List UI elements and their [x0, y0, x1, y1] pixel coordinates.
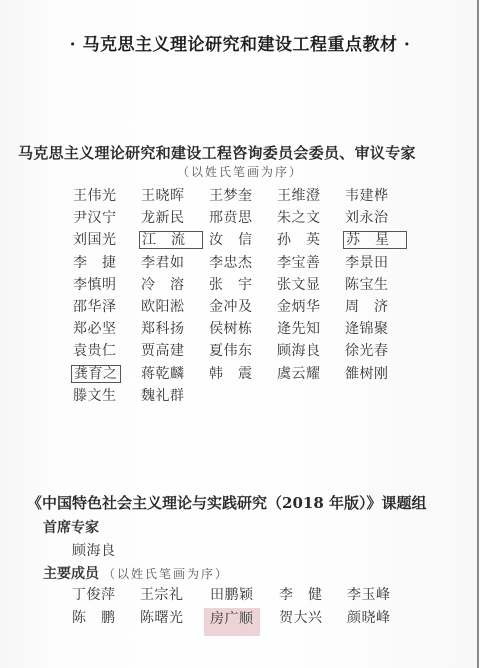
- research-member: 田鹏颖: [210, 585, 254, 606]
- chief-expert-label: 首席专家: [43, 517, 99, 537]
- page-edge-divider: [477, 0, 479, 668]
- committee-member: 周济: [343, 298, 405, 316]
- committee-member-list: 王伟光王晓晖王梦奎王维澄韦建桦尹汉宁龙新民邢贲思朱之文刘永治刘国光江流汝信孙英苏…: [73, 187, 413, 409]
- committee-member: 汝信: [207, 231, 269, 249]
- committee-member: 李捷: [71, 254, 133, 272]
- committee-member: 顾海良: [275, 342, 323, 360]
- committee-member: 王维澄: [275, 187, 323, 205]
- committee-member-boxed: 江流: [139, 231, 203, 249]
- committee-member: 李宝善: [275, 254, 323, 272]
- committee-member: 金冲及: [207, 298, 255, 316]
- committee-member: 李景田: [343, 254, 391, 272]
- committee-member: 韦建桦: [343, 187, 391, 205]
- committee-member: 蒋乾麟: [139, 365, 187, 383]
- main-members-label: 主要成员（以姓氏笔画为序）: [43, 563, 229, 583]
- research-member: 陈曙光: [140, 608, 184, 629]
- committee-member: 金炳华: [275, 298, 323, 316]
- committee-member: 欧阳淞: [139, 298, 187, 316]
- committee-member: 雒树刚: [343, 365, 391, 383]
- committee-member: 魏礼群: [139, 387, 187, 405]
- research-member: 李健: [279, 585, 337, 606]
- committee-member: 滕文生: [71, 387, 119, 405]
- research-member: 贺大兴: [279, 608, 323, 629]
- committee-member: 王伟光: [71, 187, 119, 205]
- committee-member-boxed: 龚育之: [71, 365, 121, 383]
- committee-member: 龙新民: [139, 209, 187, 227]
- committee-member: 邢贲思: [207, 209, 255, 227]
- research-member: 陈鹏: [72, 608, 130, 629]
- committee-member: 刘国光: [71, 231, 119, 249]
- committee-member: 李慎明: [71, 276, 119, 294]
- committee-member: 王梦奎: [207, 187, 255, 205]
- committee-member: 陈宝生: [343, 276, 391, 294]
- research-member: 颜晓峰: [347, 608, 391, 629]
- committee-member: 韩震: [207, 365, 269, 383]
- committee-member: 邵华泽: [71, 298, 119, 316]
- committee-member: 贾高建: [139, 342, 187, 360]
- research-member: 李玉峰: [347, 585, 391, 606]
- committee-member: 刘永治: [343, 209, 391, 227]
- committee-member-boxed: 苏星: [343, 231, 407, 249]
- committee-member: 冷溶: [139, 276, 201, 294]
- committee-member: 朱之文: [275, 209, 323, 227]
- book-title-suffix: 年版）》课题组: [324, 494, 427, 512]
- main-members-label-text: 主要成员: [43, 566, 99, 582]
- committee-member: 逄锦聚: [343, 320, 391, 338]
- book-edition-year: 2018: [282, 494, 324, 512]
- research-member-highlighted: 房广顺: [204, 608, 260, 636]
- committee-member: 张文显: [275, 276, 323, 294]
- committee-member: 逄先知: [275, 320, 323, 338]
- committee-member: 郑必坚: [71, 320, 119, 338]
- book-page: · 马克思主义理论研究和建设工程重点教材 · 马克思主义理论研究和建设工程咨询委…: [0, 0, 477, 668]
- committee-member: 袁贵仁: [71, 342, 119, 360]
- committee-ordering-note: （以姓氏笔画为序）: [0, 163, 480, 180]
- committee-member: 虞云耀: [275, 365, 323, 383]
- committee-member: 徐光春: [343, 342, 391, 360]
- research-group-heading: 《中国特色社会主义理论与实践研究（2018 年版）》课题组: [27, 492, 467, 513]
- committee-member: 郑科扬: [139, 320, 187, 338]
- committee-member: 侯树栋: [207, 320, 255, 338]
- main-members-ordering-note: （以姓氏笔画为序）: [103, 567, 229, 581]
- research-member: 王宗礼: [140, 585, 184, 606]
- main-member-list: 丁俊萍王宗礼田鹏颖李健李玉峰陈鹏陈曙光房广顺贺大兴颜晓峰: [72, 585, 415, 631]
- committee-member: 李忠杰: [207, 254, 255, 272]
- book-title-prefix: 《中国特色社会主义理论与实践研究（: [27, 494, 282, 512]
- committee-member: 李君如: [139, 254, 187, 272]
- research-member: 丁俊萍: [72, 585, 116, 606]
- committee-member: 夏伟东: [207, 342, 255, 360]
- committee-heading: 马克思主义理论研究和建设工程咨询委员会委员、审议专家: [18, 142, 458, 163]
- committee-member: 孙英: [275, 231, 337, 249]
- committee-member: 王晓晖: [139, 187, 187, 205]
- committee-member: 尹汉宁: [71, 209, 119, 227]
- committee-member: 张宇: [207, 276, 269, 294]
- chief-expert-name: 顾海良: [72, 540, 116, 560]
- series-title: · 马克思主义理论研究和建设工程重点教材 ·: [0, 30, 480, 55]
